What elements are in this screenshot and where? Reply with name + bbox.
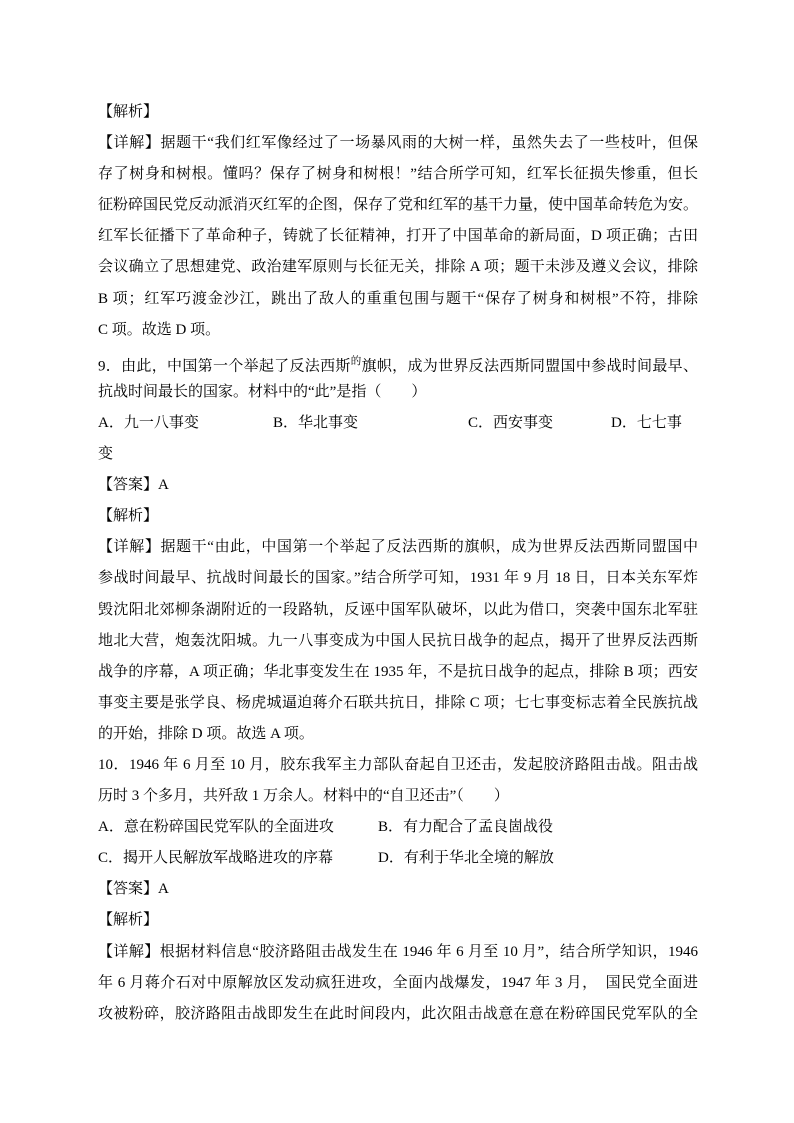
q10-options-row: A．意在粉碎国民党军队的全面进攻B．有力配合了孟良崮战役 (98, 812, 698, 843)
q9-analysis-label: 【解析】 (98, 501, 698, 532)
q8-explanation-line: 【详解】据题干“我们红军像经过了一场暴风雨的大树一样，虽然失去了一些枝叶，但保 (98, 128, 698, 159)
option-label: C．揭开人民解放军战略进攻的序幕 (98, 843, 333, 874)
option-label: D．七七事 (611, 408, 682, 439)
q9-explanation-line: 战争的序幕，A 项正确；华北事变发生在 1935 年，不是抗日战争的起点，排除 … (98, 657, 698, 688)
option-label: A．九一八事变 (98, 408, 199, 439)
q9-explanation-line: 地北大营，炮轰沈阳城。九一八事变成为中国人民抗日战争的起点，揭开了世界反法西斯 (98, 626, 698, 657)
q9-option-wrap-line: 变 (98, 439, 698, 470)
option-label: B．有力配合了孟良崮战役 (378, 812, 553, 843)
option-label: C．西安事变 (468, 408, 553, 439)
q9-stem-line: 9．由此，中国第一个举起了反法西斯的旗帜，成为世界反法西斯同盟国中参战时间最早、 (98, 346, 698, 377)
superscript-text: 的 (351, 356, 362, 367)
q9-explanation-line: 【详解】据题干“由此，中国第一个举起了反法西斯的旗帜，成为世界反法西斯同盟国中 (98, 532, 698, 563)
q8-explanation-line: 存了树身和树根。懂吗？保存了树身和树根！”结合所学可知，红军长征损失惨重，但长 (98, 159, 698, 190)
q8-explanation-line: C 项。故选 D 项。 (98, 315, 698, 346)
option-label: B．华北事变 (273, 408, 358, 439)
q8-explanation-line: 红军长征播下了革命种子，铸就了长征精神，打开了中国革命的新局面，D 项正确；古田 (98, 221, 698, 252)
q9-answer-line: 【答案】A (98, 470, 698, 501)
q10-analysis-label: 【解析】 (98, 905, 698, 936)
q8-explanation-line: B 项；红军巧渡金沙江，跳出了敌人的重重包围与题干“保存了树身和树根”不符，排除 (98, 284, 698, 315)
q8-explanation-line: 会议确立了思想建党、政治建军原则与长征无关，排除 A 项；题干未涉及遵义会议，排… (98, 252, 698, 283)
q8-analysis-label: 【解析】 (98, 97, 698, 128)
document-page: 【解析】【详解】据题干“我们红军像经过了一场暴风雨的大树一样，虽然失去了一些枝叶… (0, 0, 794, 1123)
q9-stem-line: 抗战时间最长的国家。材料中的“此”是指（ ） (98, 377, 698, 408)
document-content: 【解析】【详解】据题干“我们红军像经过了一场暴风雨的大树一样，虽然失去了一些枝叶… (98, 97, 698, 1030)
q9-explanation-line: 事变主要是张学良、杨虎城逼迫蒋介石联共抗日，排除 C 项；七七事变标志着全民族抗… (98, 688, 698, 719)
q9-explanation-line: 的开始，排除 D 项。故选 A 项。 (98, 719, 698, 750)
q9-options-row: A．九一八事变B．华北事变C．西安事变D．七七事 (98, 408, 698, 439)
q10-explanation-line: 【详解】根据材料信息“胶济路阻击战发生在 1946 年 6 月至 10 月”，结… (98, 937, 698, 968)
q10-stem-line: 10．1946 年 6 月至 10 月，胶东我军主力部队奋起自卫还击，发起胶济路… (98, 750, 698, 781)
q10-stem-line: 历时 3 个多月，共歼敌 1 万余人。材料中的“自卫还击”（ ） (98, 781, 698, 812)
q10-explanation-line: 攻被粉碎，胶济路阻击战即发生在此时间段内，此次阻击战意在意在粉碎国民党军队的全 (98, 999, 698, 1030)
option-label: A．意在粉碎国民党军队的全面进攻 (98, 812, 334, 843)
q9-explanation-line: 毁沈阳北郊柳条湖附近的一段路轨，反诬中国军队破坏，以此为借口，突袭中国东北军驻 (98, 595, 698, 626)
option-label: D．有利于华北全境的解放 (378, 843, 554, 874)
q10-explanation-line: 年 6 月蒋介石对中原解放区发动疯狂进攻，全面内战爆发，1947 年 3 月， … (98, 968, 698, 999)
text-segment: 9．由此，中国第一个举起了反法西斯 (98, 358, 351, 374)
q8-explanation-line: 征粉碎国民党反动派消灭红军的企图，保存了党和红军的基干力量，使中国革命转危为安。 (98, 190, 698, 221)
q9-explanation-line: 参战时间最早、抗战时间最长的国家。”结合所学可知，1931 年 9 月 18 日… (98, 563, 698, 594)
q10-answer-line: 【答案】A (98, 874, 698, 905)
q10-options-row: C．揭开人民解放军战略进攻的序幕D．有利于华北全境的解放 (98, 843, 698, 874)
text-segment: 旗帜，成为世界反法西斯同盟国中参战时间最早、 (362, 358, 698, 374)
